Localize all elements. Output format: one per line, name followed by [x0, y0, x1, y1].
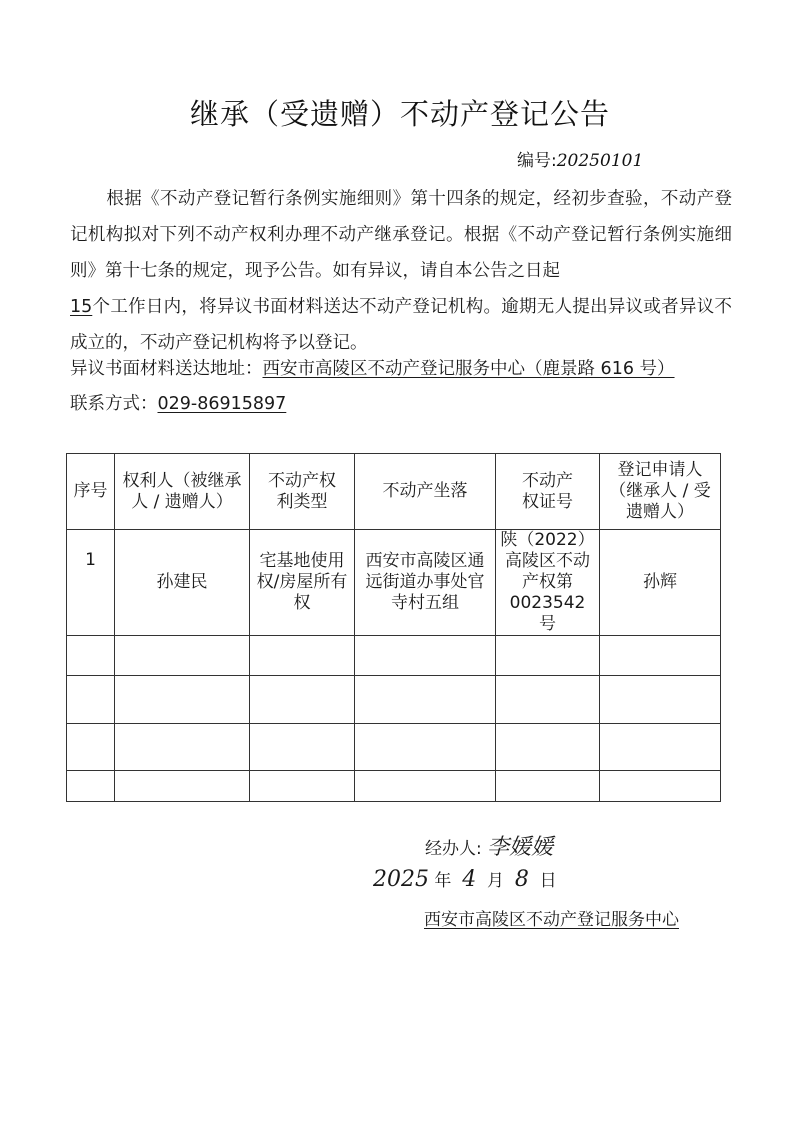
table-row	[67, 676, 721, 724]
month-label: 月	[487, 871, 504, 891]
header-cert-no: 不动产权证号	[496, 454, 600, 530]
handler-signature: 李媛媛	[487, 835, 553, 860]
cell-location	[355, 676, 496, 724]
address-value: 西安市高陵区不动产登记服务中心（鹿景路 616 号）	[263, 359, 675, 379]
handler-line: 经办人: 李媛媛	[425, 830, 553, 861]
contact-info: 联系方式：029-86915897	[70, 390, 286, 415]
table-row: 1 孙建民 宅基地使用权/房屋所有权 西安市高陵区通远街道办事处官寺村五组 陕（…	[67, 530, 721, 636]
body-part-2: 个工作日内，将异议书面材料送达不动产登记机构。逾期无人提出异议或者异议不成立的，…	[70, 297, 732, 353]
cell-index	[67, 771, 115, 802]
address-label: 异议书面材料送达地址：	[70, 359, 263, 379]
objection-address: 异议书面材料送达地址：西安市高陵区不动产登记服务中心（鹿景路 616 号）	[70, 355, 675, 380]
body-part-1: 根据《不动产登记暂行条例实施细则》第十四条的规定，经初步查验，不动产登记机构拟对…	[70, 189, 732, 281]
cell-right-type	[250, 676, 355, 724]
announcement-body: 根据《不动产登记暂行条例实施细则》第十四条的规定，经初步查验，不动产登记机构拟对…	[70, 181, 732, 361]
table-header-row: 序号 权利人（被继承人 / 遗赠人） 不动产权利类型 不动产坐落 不动产权证号 …	[67, 454, 721, 530]
registration-table: 序号 权利人（被继承人 / 遗赠人） 不动产权利类型 不动产坐落 不动产权证号 …	[66, 453, 721, 802]
cell-right-type	[250, 636, 355, 676]
cell-location: 西安市高陵区通远街道办事处官寺村五组	[355, 530, 496, 636]
cell-index: 1	[67, 530, 115, 636]
cell-applicant: 孙辉	[600, 530, 721, 636]
cell-holder	[115, 771, 250, 802]
table-row	[67, 724, 721, 771]
cell-right-type: 宅基地使用权/房屋所有权	[250, 530, 355, 636]
cell-holder	[115, 676, 250, 724]
cell-location	[355, 636, 496, 676]
page-title: 继承（受遗赠）不动产登记公告	[0, 92, 800, 133]
table-row	[67, 771, 721, 802]
cell-location	[355, 771, 496, 802]
issuing-organization: 西安市高陵区不动产登记服务中心	[424, 905, 679, 930]
handler-label: 经办人:	[425, 839, 482, 859]
day-label: 日	[540, 871, 557, 891]
contact-label: 联系方式：	[70, 394, 158, 414]
contact-phone: 029-86915897	[158, 394, 287, 414]
cell-cert-no: 陕（2022）高陵区不动产权第0023542 号	[496, 530, 600, 636]
serial-value: 20250101	[557, 151, 644, 171]
date-year: 2025	[373, 867, 429, 892]
date-month: 4	[462, 867, 476, 892]
serial-number: 编号:20250101	[517, 146, 643, 171]
header-location: 不动产坐落	[355, 454, 496, 530]
serial-label: 编号:	[517, 151, 557, 171]
cell-applicant	[600, 636, 721, 676]
date-line: 2025 年 4 月 8 日	[373, 866, 557, 892]
cell-cert-no	[496, 724, 600, 771]
date-day: 8	[515, 867, 529, 892]
cell-holder: 孙建民	[115, 530, 250, 636]
cell-holder	[115, 636, 250, 676]
cell-right-type	[250, 771, 355, 802]
table-row	[67, 636, 721, 676]
year-label: 年	[434, 871, 451, 891]
cell-applicant	[600, 724, 721, 771]
cell-holder	[115, 724, 250, 771]
header-right-type: 不动产权利类型	[250, 454, 355, 530]
cell-index	[67, 724, 115, 771]
cell-index	[67, 676, 115, 724]
cell-applicant	[600, 771, 721, 802]
cell-cert-no	[496, 676, 600, 724]
cell-applicant	[600, 676, 721, 724]
cell-right-type	[250, 724, 355, 771]
cell-cert-no	[496, 771, 600, 802]
header-applicant: 登记申请人（继承人 / 受遗赠人）	[600, 454, 721, 530]
header-index: 序号	[67, 454, 115, 530]
cell-cert-no	[496, 636, 600, 676]
cell-location	[355, 724, 496, 771]
objection-days: 15	[70, 297, 92, 317]
header-holder: 权利人（被继承人 / 遗赠人）	[115, 454, 250, 530]
cell-index	[67, 636, 115, 676]
